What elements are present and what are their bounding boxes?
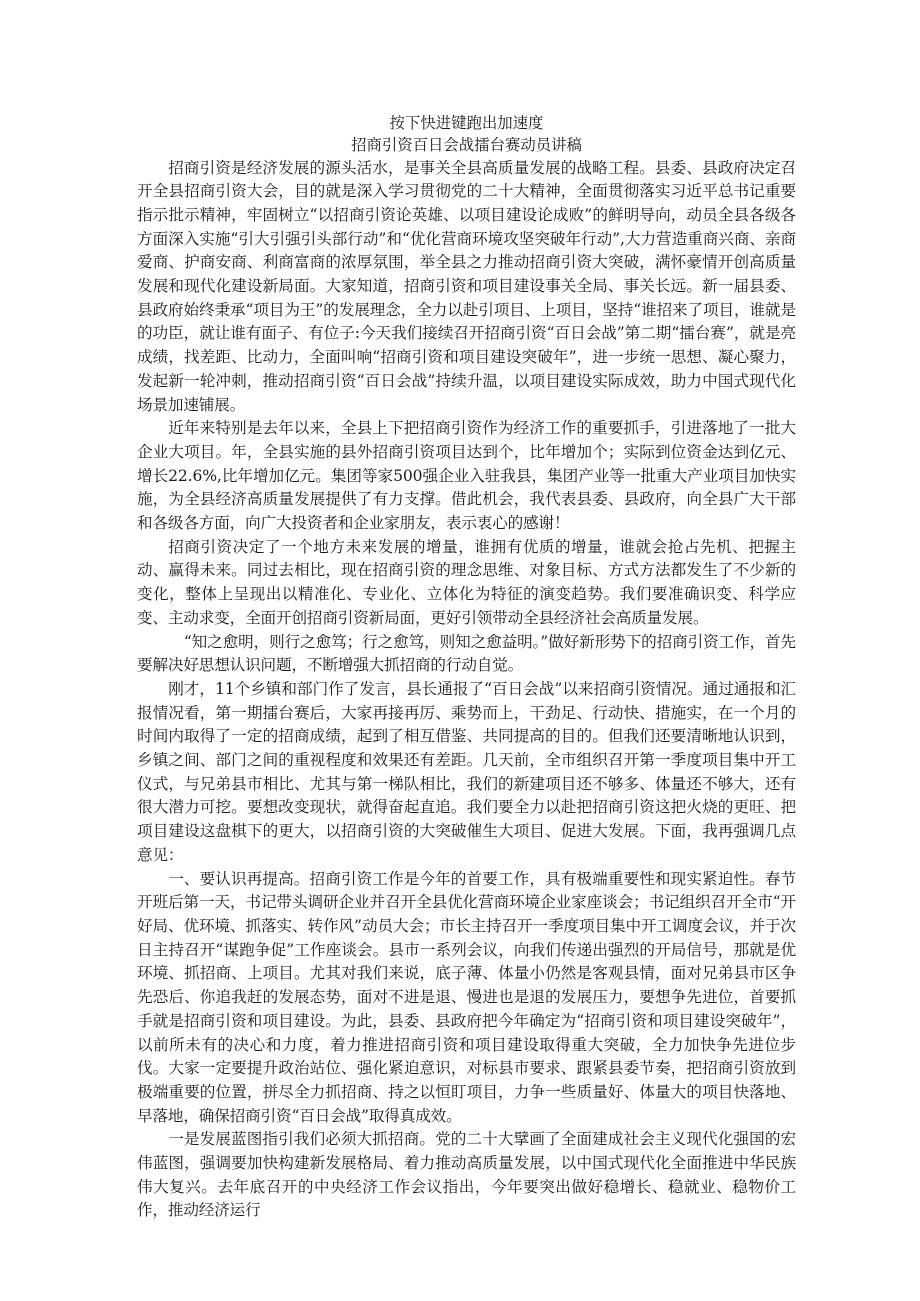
document-title: 按下快进键跑出加速度 — [137, 112, 796, 134]
paragraph-point-one: 一、要认识再提高。招商引资工作是今年的首要工作，具有极端重要性和现实紧迫性。春节… — [137, 868, 796, 1129]
paragraph-quote: “知之愈明，则行之愈笃；行之愈笃，则知之愈益明。”做好新形势下的招商引资工作，首… — [137, 631, 796, 678]
paragraph-increment: 招商引资决定了一个地方未来发展的增量，谁拥有优质的增量，谁就会抢占先机、把握主动… — [137, 536, 796, 631]
paragraph-achievements: 近年来特别是去年以来，全县上下把招商引资作为经济工作的重要抓手，引进落地了一批大… — [137, 417, 796, 536]
document-subtitle: 招商引资百日会战擂台赛动员讲稿 — [137, 134, 796, 156]
paragraph-blueprint: 一是发展蓝图指引我们必须大抓招商。党的二十大擘画了全面建成社会主义现代化强国的宏… — [137, 1128, 796, 1223]
paragraph-intro: 招商引资是经济发展的源头活水，是事关全县高质量发展的战略工程。县委、县政府决定召… — [137, 157, 796, 418]
document-page: 按下快进键跑出加速度 招商引资百日会战擂台赛动员讲稿 招商引资是经济发展的源头活… — [137, 112, 796, 1223]
paragraph-review: 刚才，11个乡镇和部门作了发言，县长通报了“百日会战”以来招商引资情况。通过通报… — [137, 678, 796, 868]
